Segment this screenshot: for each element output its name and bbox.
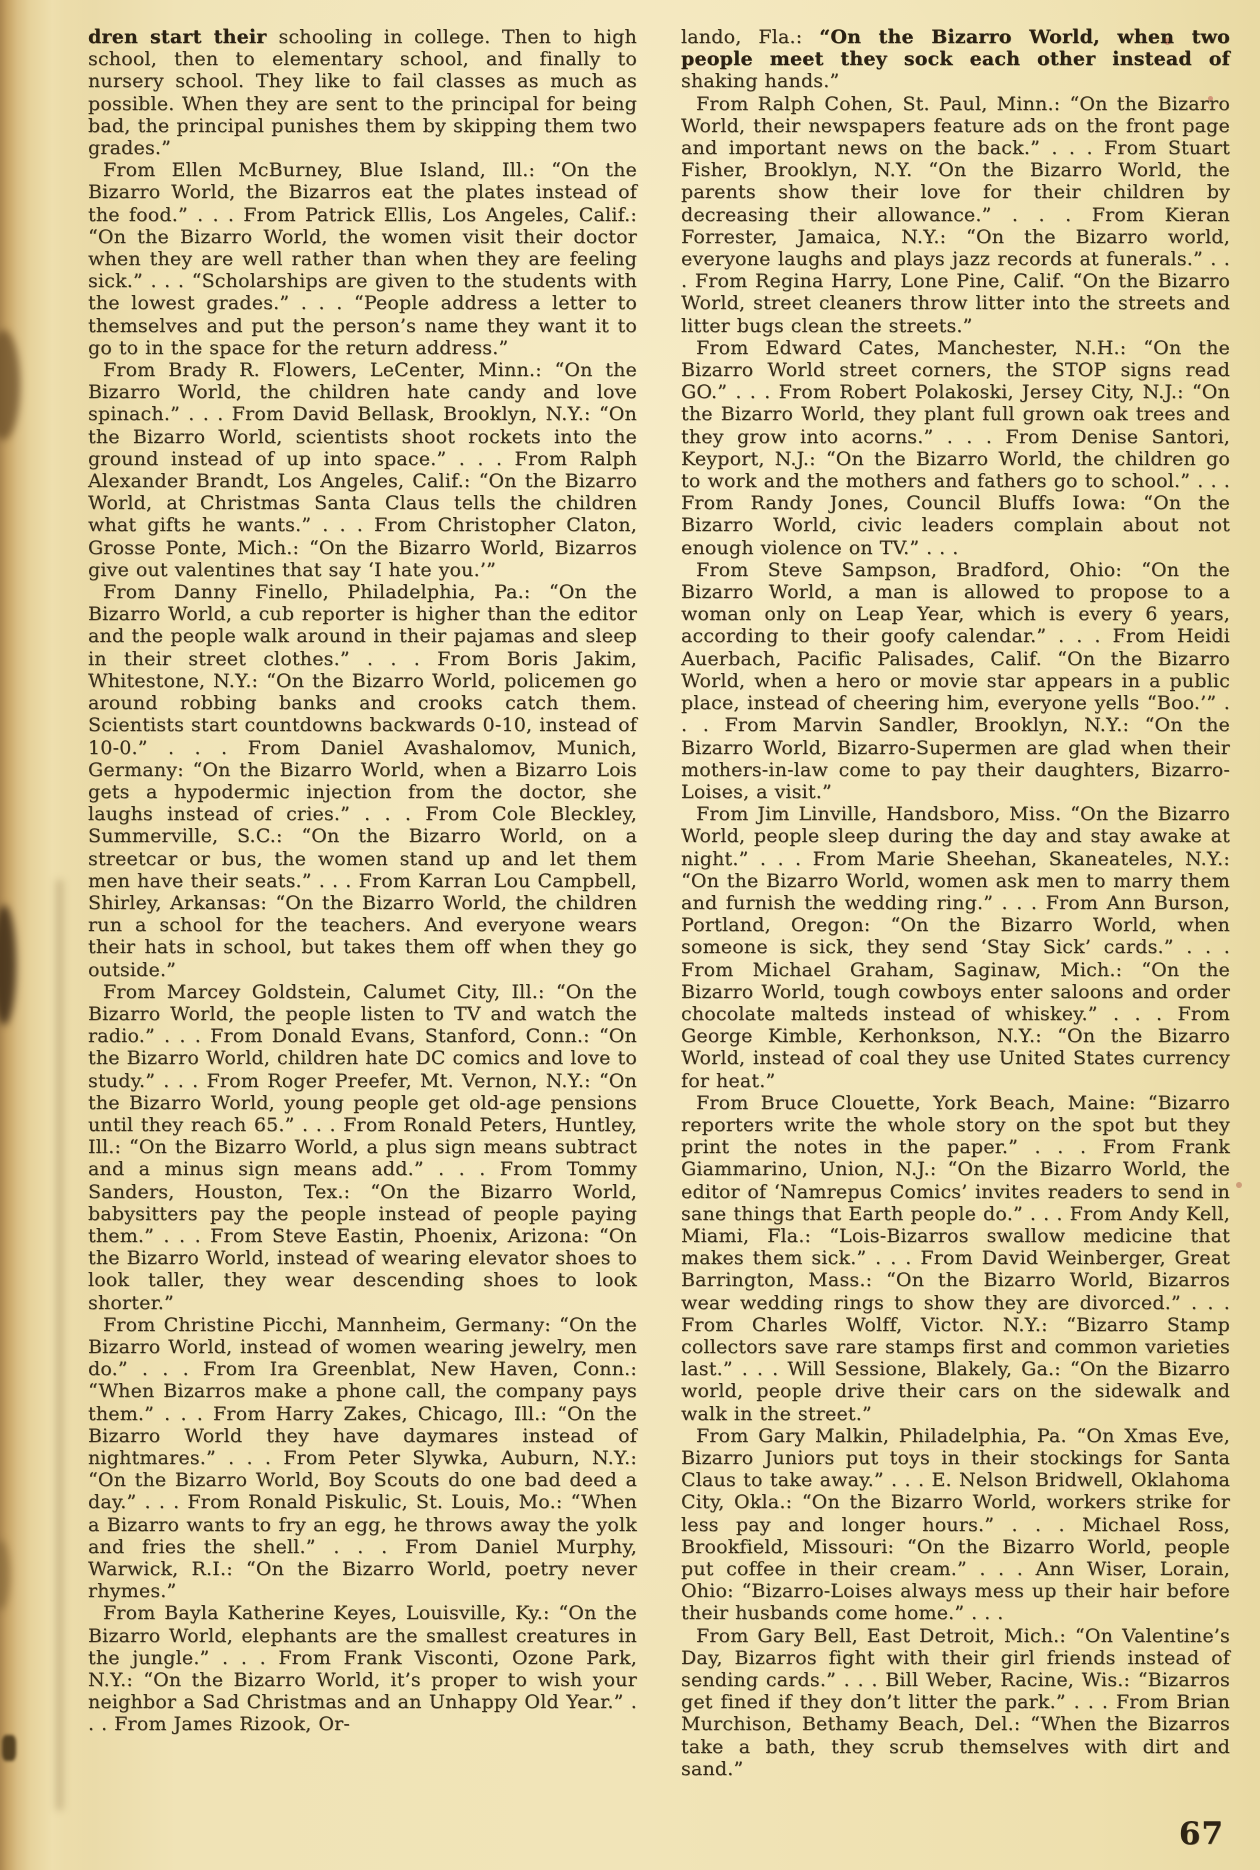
text-run: From Gary Malkin, Philadelphia, Pa. “On … [681,1425,1230,1625]
paragraph: From Jim Linville, Handsboro, Miss. “On … [681,803,1230,1092]
paper-speck [1236,1182,1242,1188]
paragraph: From Gary Malkin, Philadelphia, Pa. “On … [681,1425,1230,1625]
paragraph: lando, Fla.: “On the Bizarro World, when… [681,26,1230,93]
text-column-right: lando, Fla.: “On the Bizarro World, when… [681,26,1230,1780]
text-run-bold: dren start their [88,26,279,48]
book-binding-edge [0,0,95,1870]
text-run: From Jim Linville, Handsboro, Miss. “On … [681,803,1230,1091]
paragraph: From Steve Sampson, Bradford, Ohio: “On … [681,559,1230,803]
page-crease-shadow [56,880,63,1810]
text-run: shaking hands.” [681,70,839,92]
paragraph: From Gary Bell, East Detroit, Mich.: “On… [681,1625,1230,1780]
page-edge-stain [0,1540,10,1610]
page-edge-stain [2,1735,16,1761]
paragraph: From Danny Finello, Philadelphia, Pa.: “… [88,581,637,981]
page-edge-stain [0,330,20,440]
text-run: From Christine Picchi, Mannheim, Germany… [88,1314,637,1602]
page-edge-stain [0,905,16,1025]
text-run: From Bruce Clouette, York Beach, Maine: … [681,1092,1230,1425]
paragraph: From Bayla Katherine Keyes, Louisville, … [88,1602,637,1735]
text-run: From Ellen McBurney, Blue Island, Ill.: … [88,159,637,359]
paragraph: From Christine Picchi, Mannheim, Germany… [88,1314,637,1603]
paragraph: From Bruce Clouette, York Beach, Maine: … [681,1092,1230,1425]
text-run: From Marcey Goldstein, Calumet City, Ill… [88,981,637,1314]
text-run: From Brady R. Flowers, LeCenter, Minn.: … [88,359,637,581]
text-run: From Ralph Cohen, St. Paul, Minn.: “On t… [681,93,1230,337]
text-run: lando, Fla.: [681,26,819,48]
paragraph: From Marcey Goldstein, Calumet City, Ill… [88,981,637,1314]
text-column-left: dren start their schooling in college. T… [88,26,637,1780]
text-run: From Bayla Katherine Keyes, Louisville, … [88,1602,637,1735]
text-run: From Danny Finello, Philadelphia, Pa.: “… [88,581,637,980]
paragraph: dren start their schooling in college. T… [88,26,637,159]
paragraph: From Edward Cates, Manchester, N.H.: “On… [681,337,1230,559]
scanned-page: dren start their schooling in college. T… [0,0,1260,1870]
paragraph: From Ellen McBurney, Blue Island, Ill.: … [88,159,637,359]
text-run: From Gary Bell, East Detroit, Mich.: “On… [681,1625,1230,1780]
page-number: 67 [1179,1816,1224,1852]
letters-text-content: dren start their schooling in college. T… [88,26,1230,1780]
text-run: From Steve Sampson, Bradford, Ohio: “On … [681,559,1230,803]
text-run: From Edward Cates, Manchester, N.H.: “On… [681,337,1230,559]
paragraph: From Brady R. Flowers, LeCenter, Minn.: … [88,359,637,581]
paragraph: From Ralph Cohen, St. Paul, Minn.: “On t… [681,93,1230,337]
